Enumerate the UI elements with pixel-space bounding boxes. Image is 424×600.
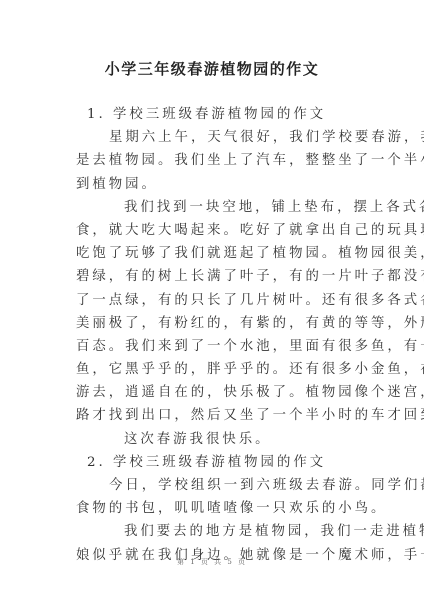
text-line: 我们找到一块空地，铺上垫布，摆上各式各样的美 xyxy=(76,196,376,219)
text-line: 碧绿，有的树上长满了叶子，有的一片叶子都没有，只露出 xyxy=(76,265,376,288)
page-footer: 第 1 页 共 5 页 xyxy=(0,557,424,567)
text-line: 食物的书包，叽叽喳喳像一只欢乐的小鸟。 xyxy=(76,497,376,520)
document-page: 小学三年级春游植物园的作文 1. 学校三班级春游植物园的作文星期六上午，天气很好… xyxy=(0,0,424,600)
text-line: 1. 学校三班级春游植物园的作文 xyxy=(76,103,376,126)
text-line: 美丽极了，有粉红的，有紫的，有黄的等等，外形也是千姿 xyxy=(76,312,376,335)
text-line: 百态。我们来到了一个水池，里面有很多鱼，有一种很大的 xyxy=(76,335,376,358)
document-body: 1. 学校三班级春游植物园的作文星期六上午，天气很好，我们学校要春游，我们二班级… xyxy=(76,103,376,567)
text-line: 我们要去的地方是植物园，我们一走进植物园，春姑 xyxy=(76,520,376,543)
text-line: 吃饱了玩够了我们就逛起了植物园。植物园很美，树林一片 xyxy=(76,242,376,265)
text-line: 鱼，它黑乎乎的，胖乎乎的。还有很多小金鱼，在水里游来 xyxy=(76,358,376,381)
text-line: 食，就大吃大喝起来。吃好了就拿出自己的玩具玩了起来。 xyxy=(76,219,376,242)
text-line: 这次春游我很快乐。 xyxy=(76,428,376,451)
text-line: 到植物园。 xyxy=(76,173,376,196)
document-title: 小学三年级春游植物园的作文 xyxy=(0,58,424,79)
text-line: 星期六上午，天气很好，我们学校要春游，我们二班级 xyxy=(76,126,376,149)
text-line: 今日，学校组织一到六班级去春游。同学们都背着装满 xyxy=(76,474,376,497)
text-line: 是去植物园。我们坐上了汽车，整整坐了一个半小时的车才 xyxy=(76,149,376,172)
text-line: 游去，逍遥自在的，快乐极了。植物园像个迷宫，走了许多 xyxy=(76,381,376,404)
text-line: 2. 学校三班级春游植物园的作文 xyxy=(76,451,376,474)
text-line: 了一点绿，有的只长了几片树叶。还有很多各式各样的花， xyxy=(76,289,376,312)
text-line: 路才找到出口，然后又坐了一个半小时的车才回到了学校。 xyxy=(76,404,376,427)
